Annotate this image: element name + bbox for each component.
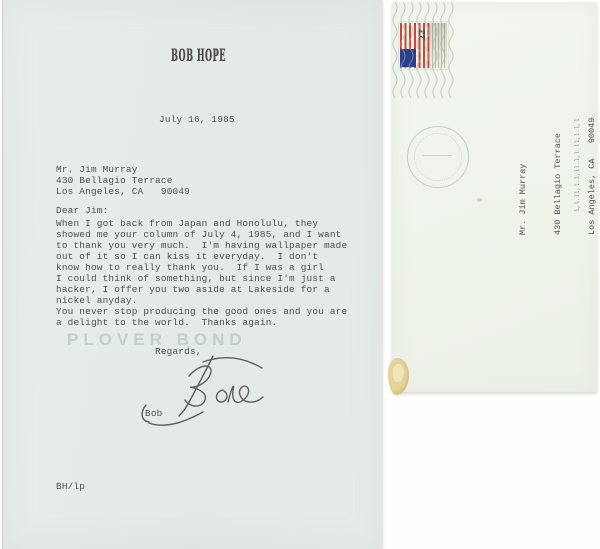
address-line: 430 Bellagio Terrace [553, 115, 565, 235]
body-line: know how to really thank you. If I was a… [56, 262, 324, 273]
body-line: out of it so I can kiss it everyday. I d… [56, 251, 318, 262]
envelope: 22 Mr. Jim Murray 430 Bellagio Terrace L… [392, 2, 597, 392]
address-line: 430 Bellagio Terrace [56, 175, 173, 186]
envelope-tear-highlight [393, 364, 404, 382]
cancellation-lines-icon [392, 2, 454, 102]
envelope-speck [477, 198, 482, 202]
body-line: nickel anyday. [56, 295, 138, 306]
address-line: Los Angeles, CA 90049 [56, 186, 190, 197]
body-line: You never stop producing the good ones a… [56, 306, 347, 317]
body-line: hacker, I offer you two aside at Lakesid… [56, 284, 330, 295]
body-line: I could think of something, but since I'… [56, 273, 336, 284]
address-line: Mr. Jim Murray [56, 164, 138, 175]
letterhead-text: BOB HOPE [171, 44, 226, 65]
envelope-tear [388, 358, 409, 395]
postmark-icon [407, 126, 469, 188]
salutation-line: Dear Jim: [56, 205, 108, 216]
typist-initials: BH/lp [56, 481, 85, 492]
body-line: When I got back from Japan and Honolulu,… [56, 218, 318, 229]
envelope-address: Mr. Jim Murray 430 Bellagio Terrace Los … [495, 115, 600, 235]
typed-name: Bob [145, 408, 162, 419]
body-line: a delight to the world. Thanks again. [56, 317, 277, 328]
postmark-inner-ring [414, 133, 462, 181]
postnet-barcode: l,l.ll,l.l,ll.l,l.ll,l.l,l [574, 117, 582, 212]
address-line: Mr. Jim Murray [518, 115, 530, 235]
date-line: July 16, 1985 [159, 114, 235, 125]
postmark-bar [422, 155, 452, 156]
letter-sheet: BOB HOPE July 16, 1985 Mr. Jim Murray 43… [2, 0, 382, 549]
address-line: Los Angeles, CA 90049 [587, 115, 599, 235]
body-line: to thank you very much. I'm having wallp… [56, 240, 347, 251]
body-line: showed me your column of July 4, 1985, a… [56, 229, 341, 240]
